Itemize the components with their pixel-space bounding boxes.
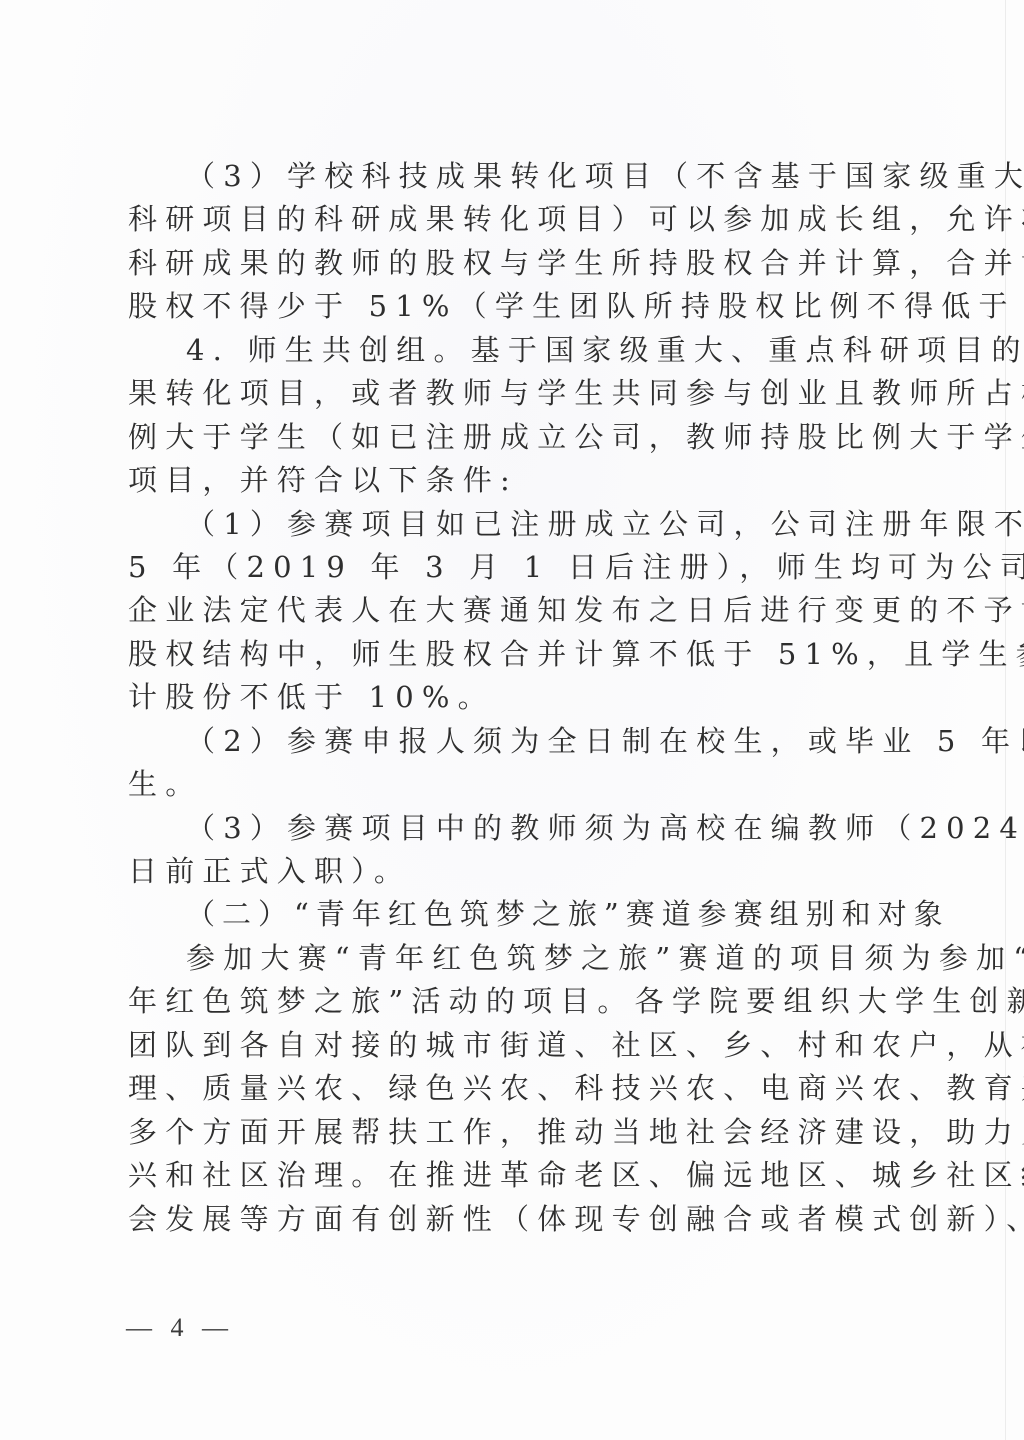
page-number: — 4 —	[126, 1313, 234, 1343]
paragraph-line: 股权结构中，师生股权合并计算不低于 51%，且学生参赛成员合	[128, 633, 880, 676]
paragraph-line: 参加大赛“青年红色筑梦之旅”赛道的项目须为参加“青	[128, 937, 880, 980]
paragraph-line: 果转化项目，或者教师与学生共同参与创业且教师所占权重比	[128, 372, 880, 415]
paragraph-line: 理、质量兴农、绿色兴农、科技兴农、电商兴农、教育兴农等	[128, 1067, 880, 1110]
paragraph-line: （3）参赛项目中的教师须为高校在编教师（2024 年 6 月 1	[128, 807, 880, 850]
paragraph-line: 科研成果的教师的股权与学生所持股权合并计算，合并计算的	[128, 242, 880, 285]
paragraph-line: 股权不得少于 51%（学生团队所持股权比例不得低于 26%）。	[128, 285, 880, 328]
paragraph-line: 例大于学生（如已注册成立公司，教师持股比例大于学生）的	[128, 416, 880, 459]
paragraph-line: 5 年（2019 年 3 月 1 日后注册），师生均可为公司法定代表人。	[128, 546, 880, 589]
paragraph-line: 4. 师生共创组。基于国家级重大、重点科研项目的科研成	[128, 329, 880, 372]
paragraph-line: 项目，并符合以下条件:	[128, 459, 880, 502]
paragraph-line: （2）参赛申报人须为全日制在校生，或毕业 5 年以内的学	[128, 720, 880, 763]
paragraph-line: 生。	[128, 763, 880, 806]
paragraph-line: （3）学校科技成果转化项目（不含基于国家级重大、重点	[128, 155, 880, 198]
paragraph-line: 科研项目的科研成果转化项目）可以参加成长组，允许将拥有	[128, 198, 880, 241]
document-body: （3）学校科技成果转化项目（不含基于国家级重大、重点 科研项目的科研成果转化项目…	[128, 155, 880, 1241]
paragraph-line: 计股份不低于 10%。	[128, 676, 880, 719]
paragraph-line: 日前正式入职）。	[128, 850, 880, 893]
paragraph-line: 多个方面开展帮扶工作，推动当地社会经济建设，助力乡村振	[128, 1111, 880, 1154]
paragraph-line: 兴和社区治理。在推进革命老区、偏远地区、城乡社区经济社	[128, 1154, 880, 1197]
paragraph-line: 年红色筑梦之旅”活动的项目。各学院要组织大学生创新创业	[128, 980, 880, 1023]
paragraph-line: 企业法定代表人在大赛通知发布之日后进行变更的不予认可。	[128, 589, 880, 632]
section-heading: （二）“青年红色筑梦之旅”赛道参赛组别和对象	[128, 893, 880, 936]
paragraph-line: 团队到各自对接的城市街道、社区、乡、村和农户，从社区治	[128, 1024, 880, 1067]
paragraph-line: （1）参赛项目如已注册成立公司，公司注册年限不得超过	[128, 503, 880, 546]
paragraph-line: 会发展等方面有创新性（体现专创融合或者模式创新）、实效	[128, 1198, 880, 1241]
